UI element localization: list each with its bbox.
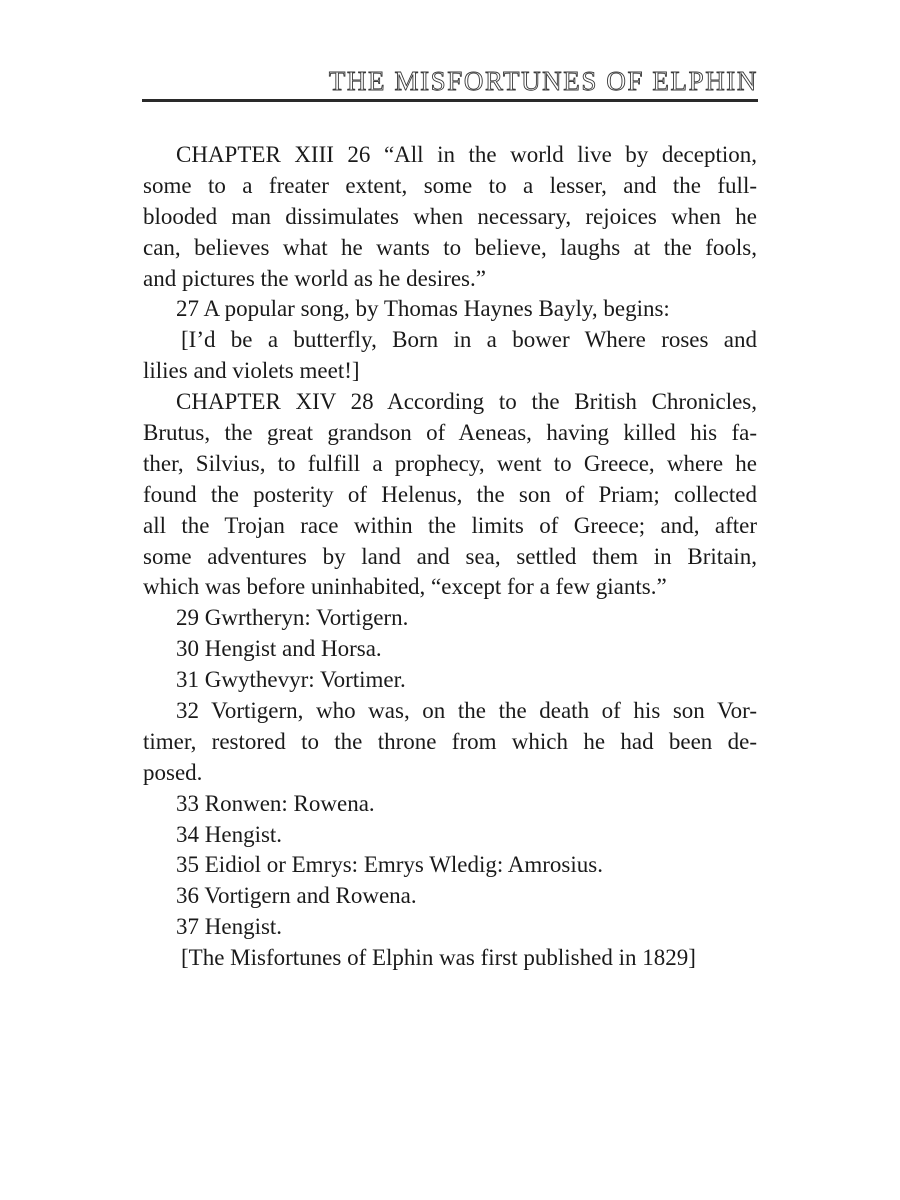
text-line: found the posterity of Helenus, the son … xyxy=(143,480,757,511)
note-paragraph-chapter-xiv-28: CHAPTER XIV 28 According to the British … xyxy=(143,387,757,603)
text-line: 36 Vortigern and Rowena. xyxy=(143,881,757,912)
note-paragraph-36: 36 Vortigern and Rowena. xyxy=(143,881,757,912)
text-line: which was before uninhabited, “except fo… xyxy=(143,572,757,603)
text-line: [I’d be a butterfly, Born in a bower Whe… xyxy=(143,325,757,356)
text-line: 29 Gwrtheryn: Vortigern. xyxy=(143,603,757,634)
text-line: 31 Gwythevyr: Vortimer. xyxy=(143,665,757,696)
note-paragraph-song-quote: [I’d be a butterfly, Born in a bower Whe… xyxy=(143,325,757,387)
note-paragraph-27: 27 A popular song, by Thomas Haynes Bayl… xyxy=(143,294,757,325)
text-line: posed. xyxy=(143,758,757,789)
text-line: 30 Hengist and Horsa. xyxy=(143,634,757,665)
note-paragraph-35: 35 Eidiol or Emrys: Emrys Wledig: Amrosi… xyxy=(143,850,757,881)
text-line: some to a freater extent, some to a less… xyxy=(143,171,757,202)
text-line: CHAPTER XIII 26 “All in the world live b… xyxy=(143,140,757,171)
text-line: some adventures by land and sea, settled… xyxy=(143,542,757,573)
text-line: can, believes what he wants to believe, … xyxy=(143,233,757,264)
note-paragraph-31: 31 Gwythevyr: Vortimer. xyxy=(143,665,757,696)
text-line: 34 Hengist. xyxy=(143,820,757,851)
text-line: 32 Vortigern, who was, on the the death … xyxy=(143,696,757,727)
note-paragraph-34: 34 Hengist. xyxy=(143,820,757,851)
notes-body: CHAPTER XIII 26 “All in the world live b… xyxy=(143,140,757,974)
text-line: and pictures the world as he desires.” xyxy=(143,264,757,295)
text-line: 37 Hengist. xyxy=(143,912,757,943)
text-line: 27 A popular song, by Thomas Haynes Bayl… xyxy=(143,294,757,325)
running-head-title: THE MISFORTUNES OF ELPHIN xyxy=(142,64,758,98)
note-paragraph-30: 30 Hengist and Horsa. xyxy=(143,634,757,665)
text-line: CHAPTER XIV 28 According to the British … xyxy=(143,387,757,418)
text-line: ther, Silvius, to fulfill a prophecy, we… xyxy=(143,449,757,480)
note-paragraph-32: 32 Vortigern, who was, on the the death … xyxy=(143,696,757,789)
text-line: 35 Eidiol or Emrys: Emrys Wledig: Amrosi… xyxy=(143,850,757,881)
text-line: 33 Ronwen: Rowena. xyxy=(143,789,757,820)
text-line: [The Misfortunes of Elphin was first pub… xyxy=(143,943,757,974)
text-line: Brutus, the great grandson of Aeneas, ha… xyxy=(143,418,757,449)
header-rule xyxy=(142,99,758,102)
book-page: THE MISFORTUNES OF ELPHIN CHAPTER XIII 2… xyxy=(0,0,900,1200)
note-paragraph-chapter-xiii-26: CHAPTER XIII 26 “All in the world live b… xyxy=(143,140,757,294)
text-line: timer, restored to the throne from which… xyxy=(143,727,757,758)
text-line: lilies and violets meet!] xyxy=(143,356,757,387)
note-paragraph-37: 37 Hengist. xyxy=(143,912,757,943)
note-paragraph-33: 33 Ronwen: Rowena. xyxy=(143,789,757,820)
text-line: all the Trojan race within the limits of… xyxy=(143,511,757,542)
text-line: blooded man dissimulates when necessary,… xyxy=(143,202,757,233)
publication-note: [The Misfortunes of Elphin was first pub… xyxy=(143,943,757,974)
note-paragraph-29: 29 Gwrtheryn: Vortigern. xyxy=(143,603,757,634)
